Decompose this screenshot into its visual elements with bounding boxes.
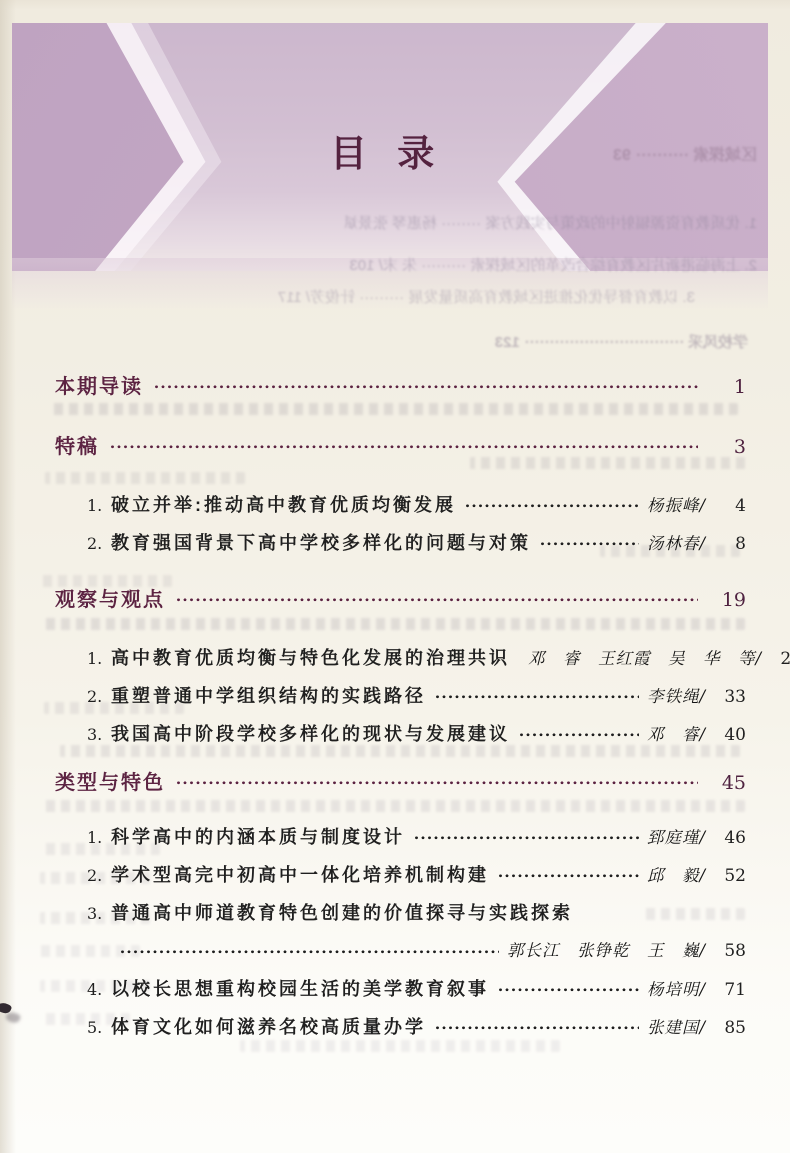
item-number: 3. xyxy=(87,904,111,923)
item-authors: 邓 睿 王红霞 吴 华 等/ xyxy=(528,645,762,669)
section-items: 1.科学高中的内涵本质与制度设计郅庭瑾/462.学术型高完中初高中一体化培养机制… xyxy=(55,806,746,1034)
toc-item: 2.学术型高完中初高中一体化培养机制构建邱 毅/52 xyxy=(55,861,746,882)
item-number: 2. xyxy=(87,687,111,706)
item-authors: 张建国/ xyxy=(647,1014,706,1038)
section-page: 45 xyxy=(706,772,746,794)
item-authors: 邱 毅/ xyxy=(647,862,706,886)
toc-section: 类型与特色451.科学高中的内涵本质与制度设计郅庭瑾/462.学术型高完中初高中… xyxy=(55,766,746,1034)
toc-section: 本期导读1 xyxy=(55,370,746,394)
section-title: 本期导读 xyxy=(55,370,143,399)
section-row: 类型与特色45 xyxy=(55,766,746,790)
item-authors: 郭长江 张铮乾 王 巍/ xyxy=(507,937,706,961)
section-title: 特稿 xyxy=(55,430,99,459)
item-number: 1. xyxy=(87,649,111,668)
toc-item: 1.破立并举:推动高中教育优质均衡发展杨振峰/4 xyxy=(55,491,746,512)
item-page: 20 xyxy=(762,649,790,669)
item-authors: 郅庭瑾/ xyxy=(647,824,706,848)
item-number: 2. xyxy=(87,534,111,553)
section-title: 观察与观点 xyxy=(55,583,165,612)
item-page: 33 xyxy=(706,687,746,707)
item-title: 破立并举:推动高中教育优质均衡发展 xyxy=(111,491,456,517)
dot-leader xyxy=(111,445,698,449)
item-page: 40 xyxy=(706,725,746,745)
dot-leader xyxy=(155,385,698,389)
toc-item: 2.重塑普通中学组织结构的实践路径李铁绳/33 xyxy=(55,682,746,703)
dot-leader xyxy=(415,836,639,840)
item-number: 1. xyxy=(87,496,111,515)
section-row: 特稿3 xyxy=(55,430,746,454)
dot-leader xyxy=(436,695,639,699)
toc-item-continuation: 郭长江 张铮乾 王 巍/58 xyxy=(55,937,746,958)
item-page: 46 xyxy=(706,828,746,848)
ink-artifact xyxy=(0,1001,12,1016)
dot-leader xyxy=(520,733,639,737)
item-authors: 杨振峰/ xyxy=(647,492,706,516)
item-number: 1. xyxy=(87,828,111,847)
toc-section: 观察与观点191.高中教育优质均衡与特色化发展的治理共识邓 睿 王红霞 吴 华 … xyxy=(55,583,746,741)
item-page: 52 xyxy=(706,866,746,886)
item-page: 85 xyxy=(706,1018,746,1038)
section-title: 类型与特色 xyxy=(55,766,165,795)
section-page: 3 xyxy=(706,436,746,458)
item-authors: 邓 睿/ xyxy=(647,721,706,745)
item-title: 体育文化如何滋养名校高质量办学 xyxy=(111,1013,426,1039)
item-title: 教育强国背景下高中学校多样化的问题与对策 xyxy=(111,529,531,555)
section-row: 本期导读1 xyxy=(55,370,746,394)
item-number: 5. xyxy=(87,1018,111,1037)
section-row: 观察与观点19 xyxy=(55,583,746,607)
section-page: 19 xyxy=(706,589,746,611)
dot-leader xyxy=(436,1026,639,1030)
item-title: 重塑普通中学组织结构的实践路径 xyxy=(111,682,426,708)
dot-leader xyxy=(177,598,698,602)
item-title: 普通高中师道教育特色创建的价值探寻与实践探索 xyxy=(111,899,573,925)
dot-leader xyxy=(466,504,639,508)
item-page: 4 xyxy=(706,496,746,516)
item-authors: 汤林春/ xyxy=(647,530,706,554)
toc-item: 3.我国高中阶段学校多样化的现状与发展建议邓 睿/40 xyxy=(55,720,746,741)
item-page: 8 xyxy=(706,534,746,554)
bleed-smudge xyxy=(240,1040,560,1052)
toc: 本期导读1特稿31.破立并举:推动高中教育优质均衡发展杨振峰/42.教育强国背景… xyxy=(55,0,746,1034)
toc-item: 3.普通高中师道教育特色创建的价值探寻与实践探索 xyxy=(55,899,746,920)
dot-leader xyxy=(541,542,639,546)
item-page: 71 xyxy=(706,980,746,1000)
item-title: 我国高中阶段学校多样化的现状与发展建议 xyxy=(111,720,510,746)
toc-item: 5.体育文化如何滋养名校高质量办学张建国/85 xyxy=(55,1013,746,1034)
item-title: 高中教育优质均衡与特色化发展的治理共识 xyxy=(111,644,510,670)
item-authors: 杨培明/ xyxy=(647,976,706,1000)
item-page: 58 xyxy=(706,941,746,961)
toc-item: 2.教育强国背景下高中学校多样化的问题与对策汤林春/8 xyxy=(55,529,746,550)
item-title: 学术型高完中初高中一体化培养机制构建 xyxy=(111,861,489,887)
dot-leader xyxy=(121,950,499,954)
toc-section: 特稿31.破立并举:推动高中教育优质均衡发展杨振峰/42.教育强国背景下高中学校… xyxy=(55,430,746,550)
toc-item: 1.高中教育优质均衡与特色化发展的治理共识邓 睿 王红霞 吴 华 等/20 xyxy=(55,644,746,665)
section-page: 1 xyxy=(706,376,746,398)
dot-leader xyxy=(499,874,639,878)
toc-item: 1.科学高中的内涵本质与制度设计郅庭瑾/46 xyxy=(55,823,746,844)
toc-item: 4.以校长思想重构校园生活的美学教育叙事杨培明/71 xyxy=(55,975,746,996)
item-title: 科学高中的内涵本质与制度设计 xyxy=(111,823,405,849)
dot-leader xyxy=(177,781,698,785)
item-number: 3. xyxy=(87,725,111,744)
section-items: 1.高中教育优质均衡与特色化发展的治理共识邓 睿 王红霞 吴 华 等/202.重… xyxy=(55,627,746,741)
item-number: 2. xyxy=(87,866,111,885)
item-title: 以校长思想重构校园生活的美学教育叙事 xyxy=(111,975,489,1001)
section-items: 1.破立并举:推动高中教育优质均衡发展杨振峰/42.教育强国背景下高中学校多样化… xyxy=(55,474,746,550)
item-authors: 李铁绳/ xyxy=(647,683,706,707)
dot-leader xyxy=(499,988,639,992)
item-number: 4. xyxy=(87,980,111,999)
